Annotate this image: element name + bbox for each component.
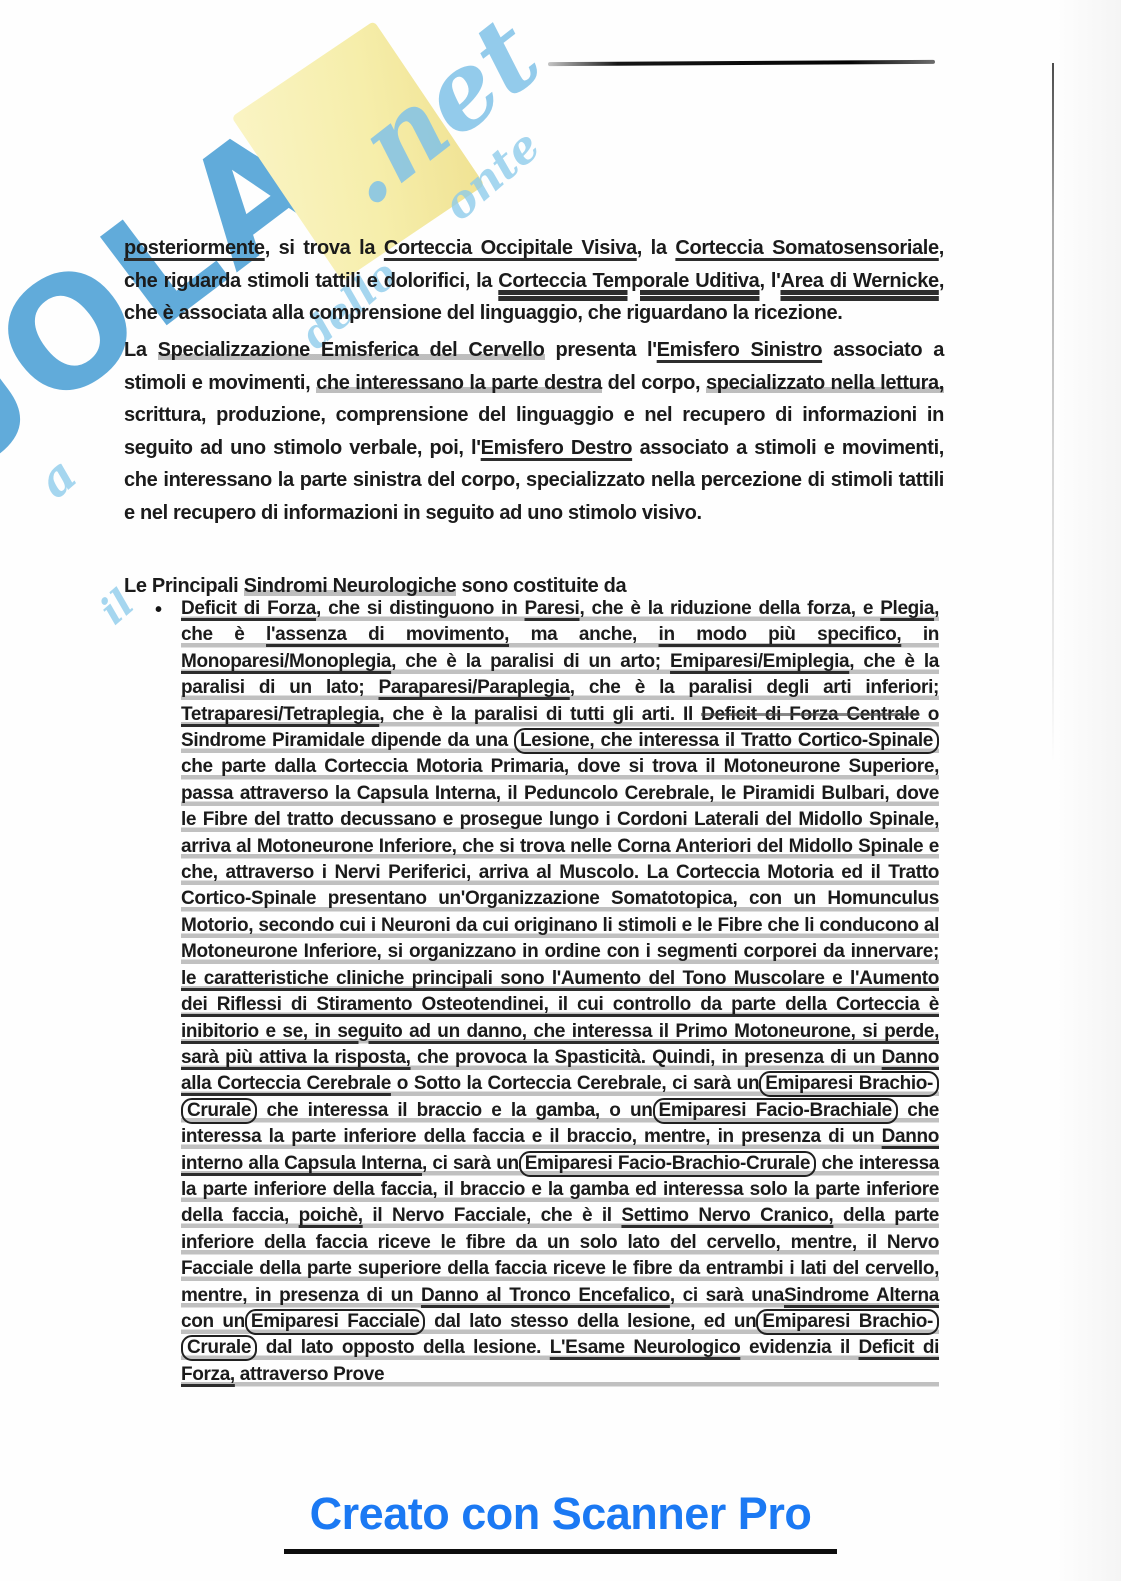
text-segment: il Nervo Facciale, che è il [363, 1205, 622, 1226]
text-segment: del corpo, [602, 372, 706, 394]
scan-artifact-horizontal-line [548, 60, 935, 66]
watermark-script-fragment: a [27, 447, 87, 510]
text-segment: , si trova la [265, 237, 384, 259]
text-segment: Paraparesi/Paraplegia [379, 677, 570, 698]
text-segment: Corteccia Occipitale Visiva [384, 237, 637, 259]
list-item-deficit-di-forza: • Deficit di Forza, che si distinguono i… [155, 596, 939, 1388]
text-segment: sono costituite da [456, 575, 626, 597]
text-segment: presenta l' [545, 339, 657, 361]
text-segment: Paresi [525, 598, 580, 619]
skuola-net-suffix: .net [308, 0, 562, 229]
text-segment: Settimo Nervo Cranico, [621, 1205, 833, 1226]
text-segment: Area di Wernicke [780, 270, 938, 292]
text-segment: , ci sarà un [422, 1153, 519, 1174]
text-segment: posteriormente [124, 237, 265, 259]
text-segment: Emiparesi Facio-Brachio-Crurale [519, 1151, 816, 1177]
text-segment: poichè, [299, 1205, 363, 1226]
text-segment: o Sotto la Corteccia Cerebrale, ci sarà … [391, 1073, 759, 1094]
text-segment: dal lato stesso della lesione, ed un [425, 1311, 756, 1332]
text-segment: , che è la paralisi di un arto; [391, 651, 670, 672]
text-segment: Sindromi Neurologiche [244, 575, 457, 597]
text-segment: Le Principali [124, 575, 244, 597]
text-segment: evidenzia il [740, 1337, 858, 1358]
text-segment: che parte dalla Corteccia Motoria Primar… [181, 756, 939, 962]
bullet-marker: • [155, 596, 181, 1388]
text-segment: Emiparesi Facciale [245, 1309, 426, 1335]
text-segment: che provoca la Spasticità. Quindi, in pr… [411, 1047, 882, 1068]
text-segment: Sindrome Alterna [784, 1285, 939, 1306]
text-segment: l'assenza di movimento, [266, 624, 509, 645]
text-segment: Tetraparesi/Tetraplegia [181, 704, 379, 725]
text-segment: Deficit di Forza [181, 598, 316, 619]
text-segment: Danno al Tronco Encefalico [421, 1285, 670, 1306]
scanner-pro-link[interactable]: Creato con Scanner Pro [284, 1488, 838, 1554]
text-segment: Emisfero Destro [481, 437, 632, 459]
text-segment: Corteccia Somatosensoriale [675, 237, 938, 259]
text-segment: in [901, 624, 939, 645]
footer: Creato con Scanner Pro [0, 1488, 1121, 1554]
text-segment: , la [637, 237, 676, 259]
text-segment: Specializzazione Emisferica del Cervello [158, 339, 545, 361]
text-segment: attraverso [235, 1364, 333, 1385]
text-segment: Monoparesi/Monoplegia [181, 651, 391, 672]
text-segment: Emiparesi Facio-Brachiale [653, 1098, 898, 1124]
text-segment: , che si distinguono in [316, 598, 525, 619]
text-segment: ma anche, [509, 624, 659, 645]
text-segment: specializzato nella lettura, [706, 372, 944, 394]
list-item-text: Deficit di Forza, che si distinguono in … [181, 596, 939, 1388]
paragraph-cortical-areas: posteriormente, si trova la Corteccia Oc… [124, 232, 944, 330]
text-segment: Deficit di Forza Centrale [701, 704, 919, 725]
text-segment: con un [181, 1311, 245, 1332]
scan-edge-shadow [1055, 0, 1121, 1581]
text-segment: La [124, 339, 158, 361]
text-segment: in modo più specifico, [659, 624, 902, 645]
scan-artifact-vertical-line [1052, 63, 1054, 763]
watermark-script-fragment: onte [434, 120, 550, 230]
text-segment: , l' [759, 270, 780, 292]
text-segment: dal lato opposto della lesione. [257, 1337, 550, 1358]
text-segment: Emisfero Sinistro [657, 339, 822, 361]
paragraph-hemispheric-specialization: La Specializzazione Emisferica del Cerve… [124, 334, 944, 529]
text-segment: Prove [333, 1364, 384, 1385]
text-segment: che interessa il braccio e la gamba, o u… [257, 1100, 652, 1121]
text-segment: , che è la riduzione della forza, e [579, 598, 880, 619]
scanned-document-page: SKUOLA .net onte dello a il posteriormen… [0, 0, 1121, 1581]
text-segment: L'Esame Neurologico [550, 1337, 741, 1358]
text-segment: , ci sarà una [670, 1285, 784, 1306]
text-segment: Plegia [880, 598, 934, 619]
text-segment: Corteccia Temporale Uditiva [498, 270, 759, 292]
text-segment: che interessano la parte destra [316, 372, 602, 394]
text-segment: Lesione, che interessa il Tratto Cortico… [514, 728, 939, 754]
text-segment: , che è la paralisi degli arti inferiori… [570, 677, 939, 698]
text-segment: , che è la paralisi di tutti gli arti. I… [379, 704, 701, 725]
text-segment: Emiparesi/Emiplegia [670, 651, 849, 672]
